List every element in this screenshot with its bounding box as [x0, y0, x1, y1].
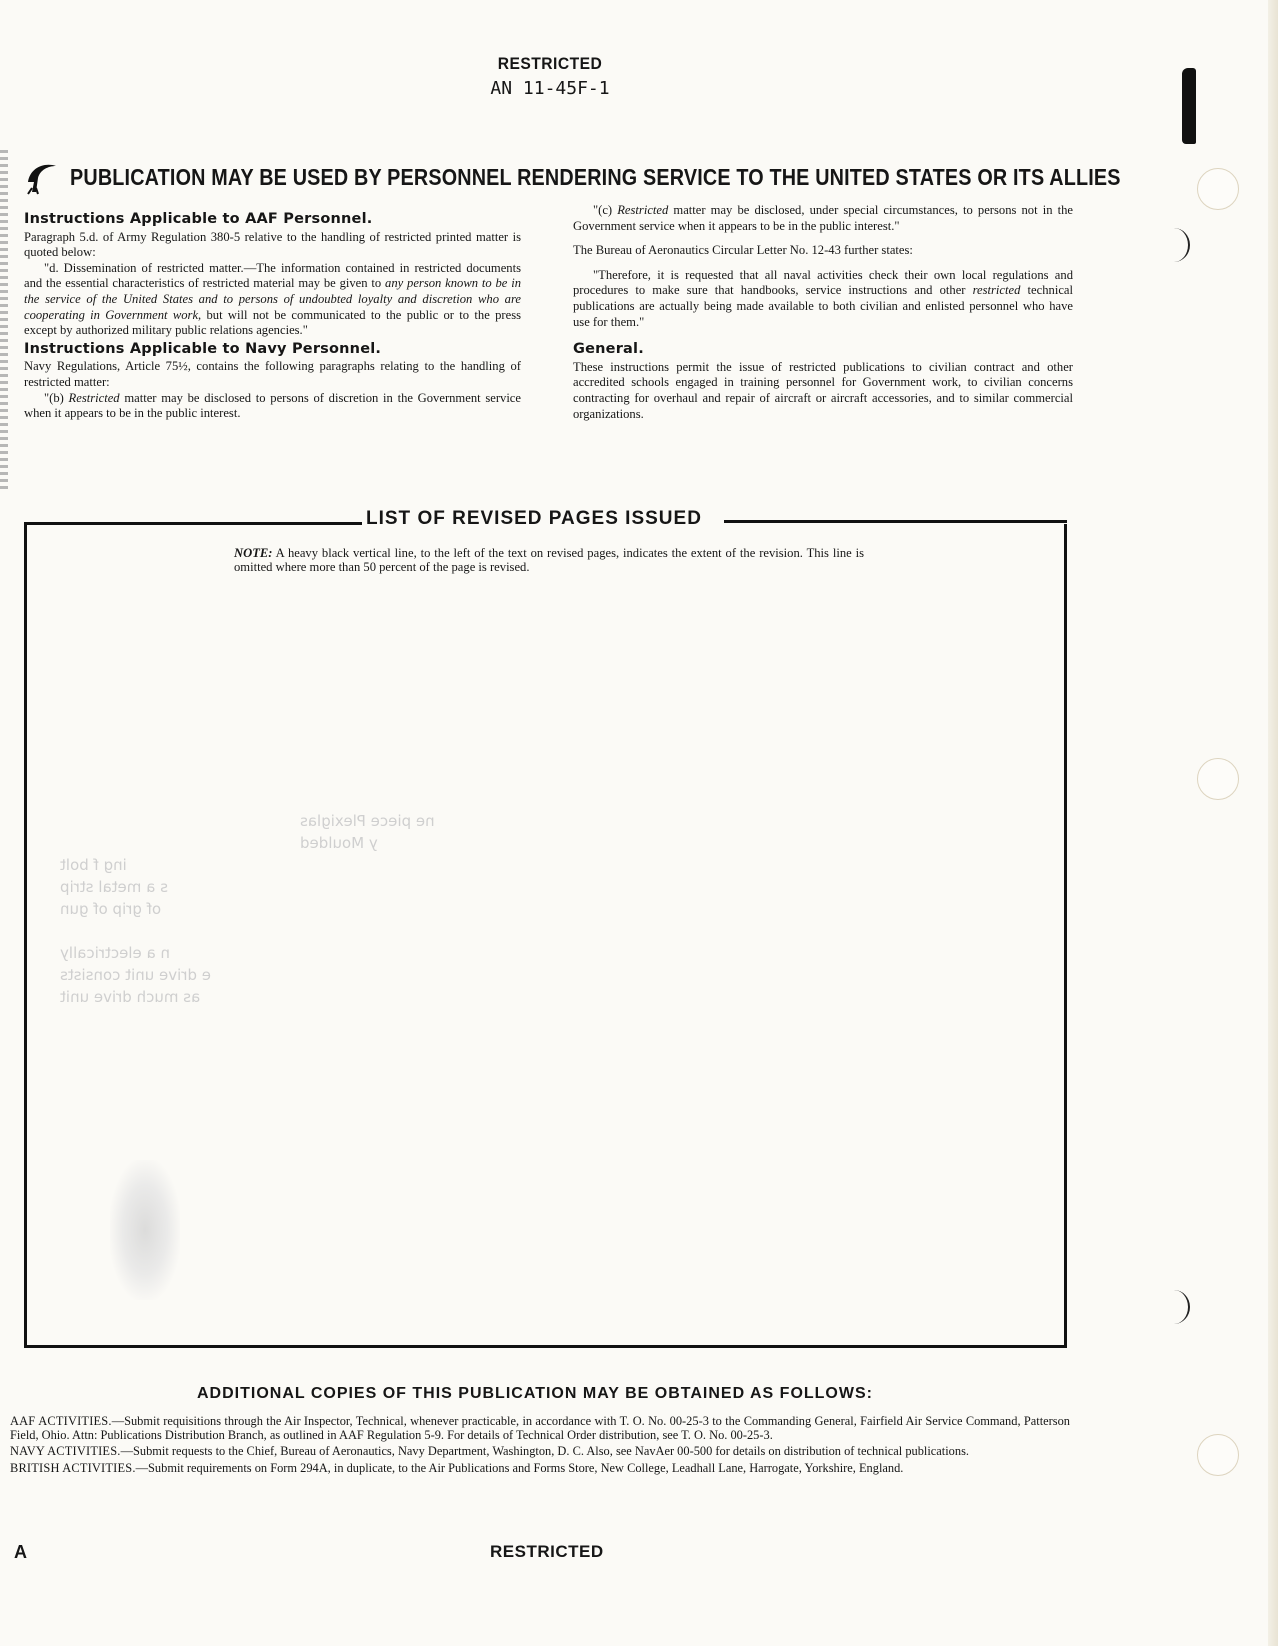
british-activities-text: —Submit requirements on Form 294A, in du…: [136, 1461, 904, 1475]
scan-arc-mark: [1158, 228, 1190, 262]
general-heading: General.: [573, 342, 1073, 358]
revised-box-rule-right: [724, 520, 1067, 523]
additional-copies-title: ADDITIONAL COPIES OF THIS PUBLICATION MA…: [197, 1385, 873, 1403]
aaf-activities-lead: AAF ACTIVITIES.: [10, 1414, 112, 1428]
navy-activities: NAVY ACTIVITIES.—Submit requests to the …: [10, 1444, 1070, 1458]
classification-footer: RESTRICTED: [490, 1542, 604, 1562]
revised-pages-note: NOTE: A heavy black vertical line, to th…: [234, 546, 864, 574]
therefore-quote: "Therefore, it is requested that all nav…: [573, 268, 1073, 330]
navy-c-lead: "(c): [593, 203, 617, 217]
bleed-through-text: as much drive unit: [60, 988, 200, 1006]
navy-b-lead: "(b): [44, 391, 69, 405]
page-edge: [1268, 0, 1278, 1646]
aaf-heading: Instructions Applicable to AAF Personnel…: [24, 212, 521, 228]
aaf-activities-text: —Submit requisitions through the Air Ins…: [10, 1414, 1070, 1442]
navy-activities-text: —Submit requests to the Chief, Bureau of…: [121, 1444, 969, 1458]
aaf-intro: Paragraph 5.d. of Army Regulation 380-5 …: [24, 230, 521, 261]
additional-copies-body: AAF ACTIVITIES.—Submit requisitions thro…: [10, 1414, 1070, 1477]
note-label: NOTE:: [234, 546, 272, 560]
right-column: "(c) Restricted matter may be disclosed,…: [573, 203, 1073, 422]
bleed-through-text: of grip of gun: [60, 900, 161, 918]
aaf-quote: "d. Dissemination of restricted matter.—…: [24, 261, 521, 339]
binding-edge-artifact: [0, 150, 8, 490]
bleed-through-text: s a metal strip: [60, 878, 168, 896]
bleed-through-text: y Moulded: [300, 834, 378, 852]
navy-paragraph-c: "(c) Restricted matter may be disclosed,…: [573, 203, 1073, 234]
bleed-through-text: ing f bolt: [60, 856, 127, 874]
navy-c-emphasis: Restricted: [617, 203, 668, 217]
bleed-through-text: n a electrically: [60, 944, 170, 962]
scan-arc-mark: [1158, 1290, 1190, 1324]
document-number: AN 11-45F-1: [0, 78, 1100, 99]
navy-paragraph-b: "(b) Restricted matter may be disclosed …: [24, 391, 521, 422]
bleed-through-text: ne piece Plexiglas: [300, 812, 435, 830]
left-column: Instructions Applicable to AAF Personnel…: [24, 209, 521, 422]
aaf-activities: AAF ACTIVITIES.—Submit requisitions thro…: [10, 1414, 1070, 1442]
navy-intro: Navy Regulations, Article 75½, contains …: [24, 359, 521, 390]
classification-header: RESTRICTED: [44, 54, 1056, 74]
bleed-through-text: e drive unit consists: [60, 966, 211, 984]
eagle-emblem-icon: [22, 158, 70, 196]
punch-hole-middle: [1197, 758, 1239, 800]
therefore-emphasis: restricted: [973, 283, 1021, 297]
scan-smudge: [110, 1160, 180, 1300]
usage-banner: PUBLICATION MAY BE USED BY PERSONNEL REN…: [70, 164, 1121, 191]
aaf-quote-lead: "d. Dissemination of restricted matter.: [44, 261, 244, 275]
navy-activities-lead: NAVY ACTIVITIES.: [10, 1444, 121, 1458]
general-text: These instructions permit the issue of r…: [573, 360, 1073, 422]
punch-hole-bottom: [1197, 1434, 1239, 1476]
bureau-letter-line: The Bureau of Aeronautics Circular Lette…: [573, 243, 1073, 259]
ink-mark: [1182, 68, 1196, 144]
british-activities: BRITISH ACTIVITIES.—Submit requirements …: [10, 1461, 1070, 1475]
page-letter: A: [14, 1542, 27, 1563]
navy-b-emphasis: Restricted: [69, 391, 120, 405]
revised-pages-box: [24, 524, 1067, 1348]
punch-hole-top: [1197, 168, 1239, 210]
navy-heading: Instructions Applicable to Navy Personne…: [24, 342, 521, 358]
british-activities-lead: BRITISH ACTIVITIES.: [10, 1461, 136, 1475]
note-text: A heavy black vertical line, to the left…: [234, 546, 864, 574]
